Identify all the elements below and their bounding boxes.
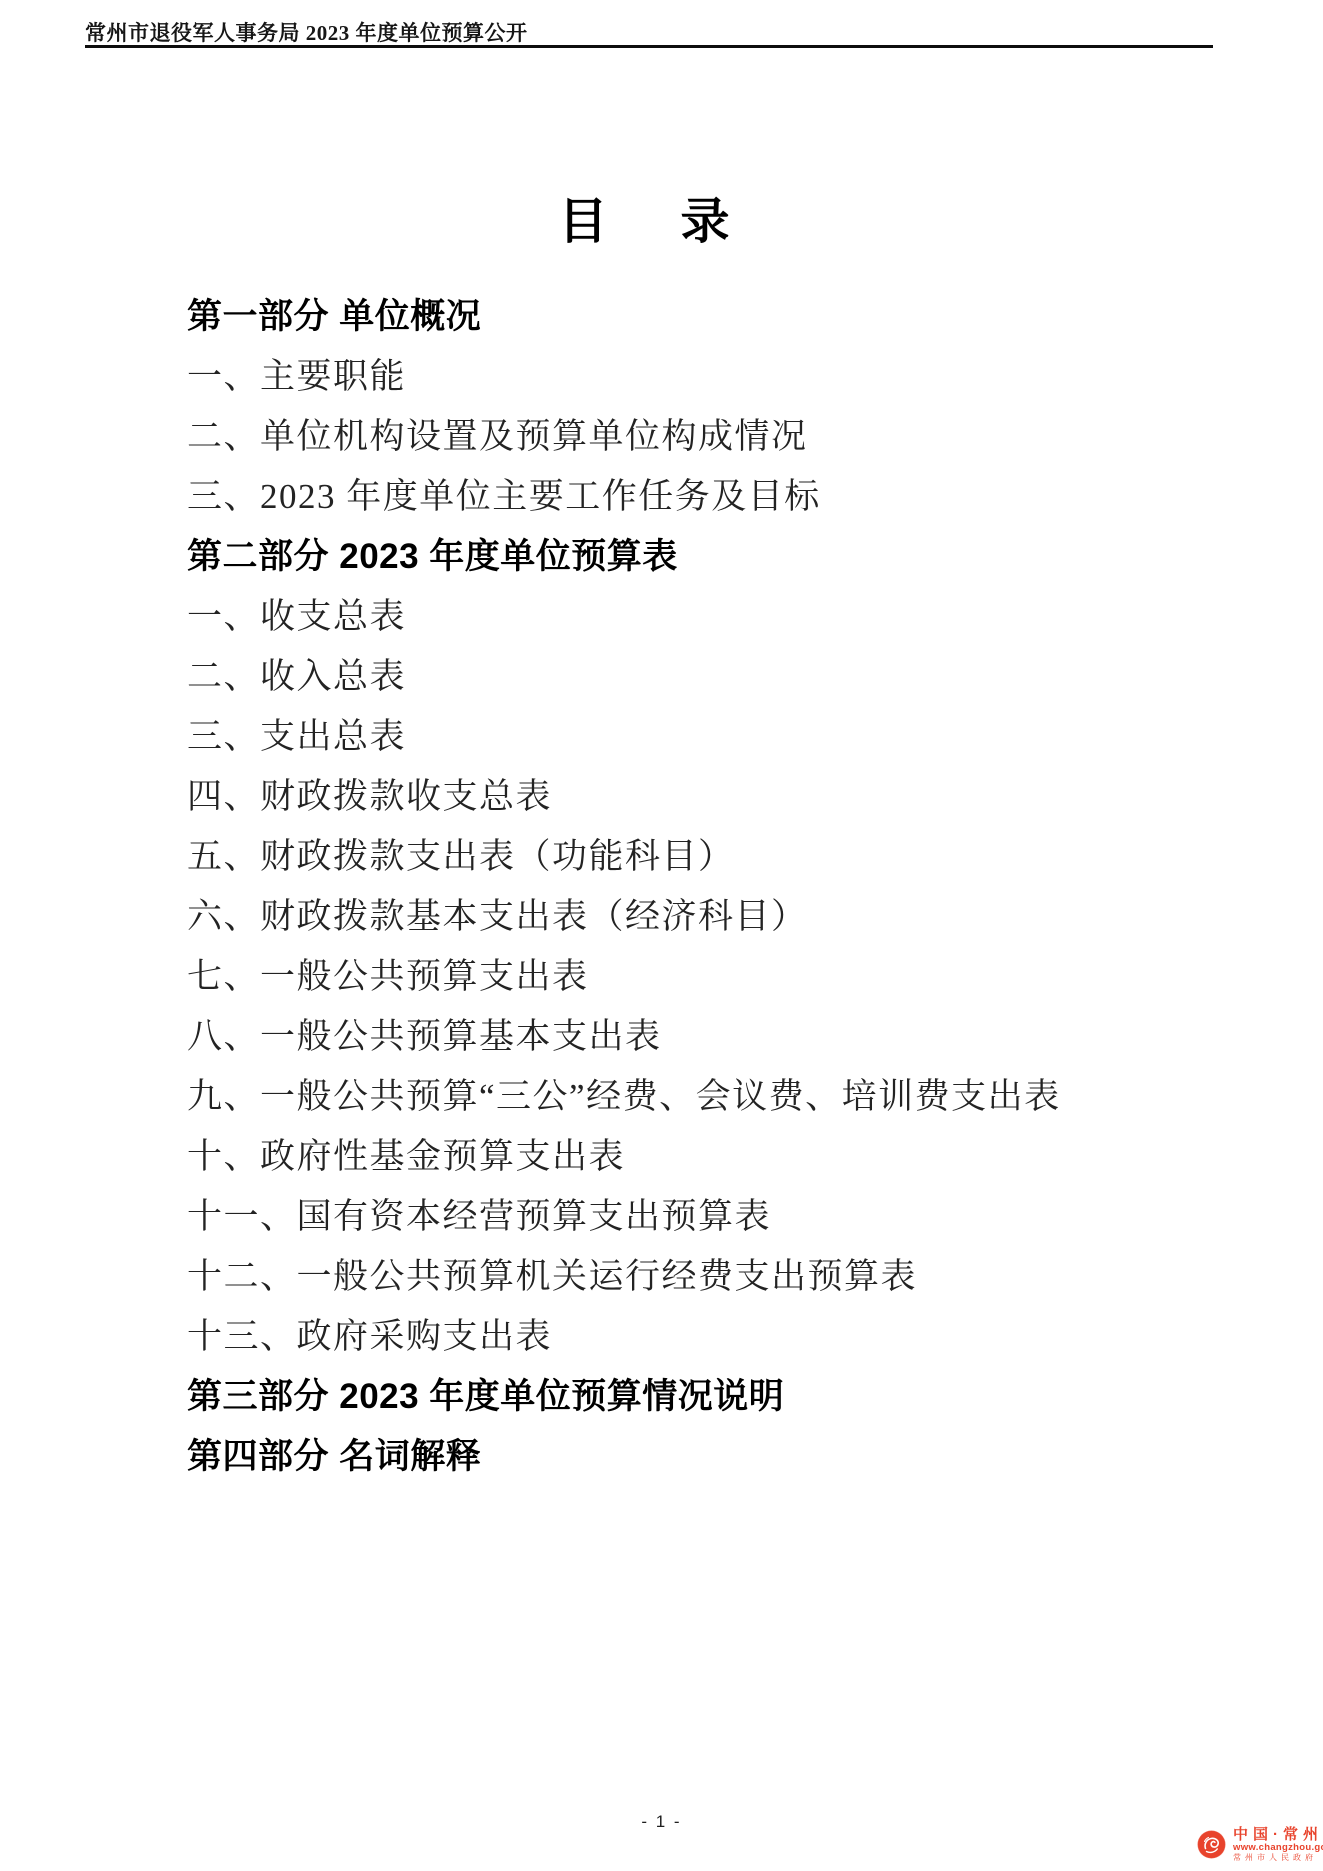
toc-item: 七、一般公共预算支出表 <box>187 947 1061 1007</box>
logo-url: www.changzhou.gov.cn <box>1233 1842 1323 1853</box>
toc-item: 十、政府性基金预算支出表 <box>187 1127 1061 1187</box>
document-page: 常州市退役军人事务局 2023 年度单位预算公开 目 录 第一部分 单位概况一、… <box>0 0 1323 1871</box>
toc-item: 六、财政拨款基本支出表（经济科目） <box>187 887 1061 947</box>
logo-title: 中国·常州 <box>1233 1827 1323 1842</box>
toc-item: 一、主要职能 <box>187 347 1061 407</box>
toc-item: 二、收入总表 <box>187 647 1061 707</box>
toc-item: 第三部分 2023 年度单位预算情况说明 <box>187 1367 1061 1427</box>
toc-item: 三、2023 年度单位主要工作任务及目标 <box>187 467 1061 527</box>
toc-item: 四、财政拨款收支总表 <box>187 767 1061 827</box>
document-header-title: 常州市退役军人事务局 2023 年度单位预算公开 <box>85 17 528 47</box>
toc-item: 八、一般公共预算基本支出表 <box>187 1007 1061 1067</box>
page-number: - 1 - <box>0 1812 1323 1832</box>
logo-text: 中国·常州 www.changzhou.gov.cn 常州市人民政府 <box>1233 1827 1323 1862</box>
changzhou-gov-logo: 中国·常州 www.changzhou.gov.cn 常州市人民政府 <box>1196 1827 1323 1862</box>
toc-item: 三、支出总表 <box>187 707 1061 767</box>
toc-list: 第一部分 单位概况一、主要职能二、单位机构设置及预算单位构成情况三、2023 年… <box>187 287 1061 1487</box>
dragon-seal-icon <box>1196 1829 1227 1860</box>
toc-item: 第四部分 名词解释 <box>187 1427 1061 1487</box>
header-rule <box>85 45 1213 48</box>
toc-item: 五、财政拨款支出表（功能科目） <box>187 827 1061 887</box>
toc-item: 第二部分 2023 年度单位预算表 <box>187 527 1061 587</box>
logo-subtitle: 常州市人民政府 <box>1233 1853 1323 1862</box>
toc-item: 十二、一般公共预算机关运行经费支出预算表 <box>187 1247 1061 1307</box>
toc-item: 九、一般公共预算“三公”经费、会议费、培训费支出表 <box>187 1067 1061 1127</box>
toc-item: 十三、政府采购支出表 <box>187 1307 1061 1367</box>
toc-item: 十一、国有资本经营预算支出预算表 <box>187 1187 1061 1247</box>
toc-item: 第一部分 单位概况 <box>187 287 1061 347</box>
toc-item: 一、收支总表 <box>187 587 1061 647</box>
toc-title: 目 录 <box>0 183 1300 253</box>
toc-item: 二、单位机构设置及预算单位构成情况 <box>187 407 1061 467</box>
